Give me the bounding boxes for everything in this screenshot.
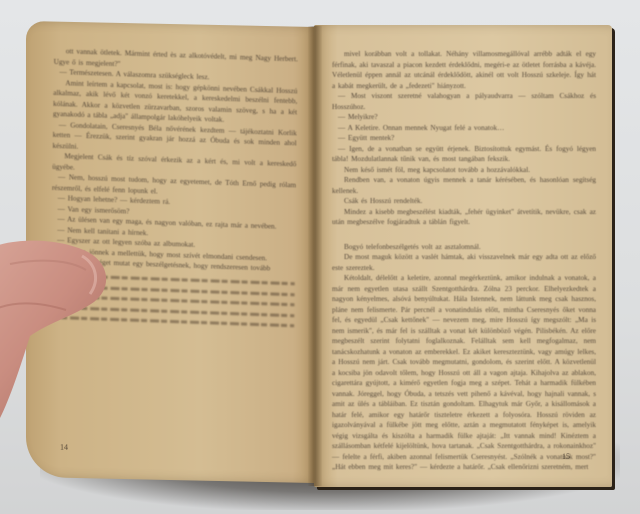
dialogue-line: — Melyikre?	[332, 112, 596, 123]
dialogue-line: — Igen, de a vonatban se együtt érjenek.…	[332, 144, 596, 165]
right-page-text: mivel korábban volt a tollakat. Néhány v…	[332, 49, 596, 473]
hand-thumb	[0, 218, 120, 418]
dialogue-line: — A Keletire. Onnan mennek Nyugat felé a…	[332, 123, 596, 134]
dialogue-line: Nem késő ismét föl, meg kapcsolatot tová…	[332, 165, 596, 176]
page-number-right: 15	[562, 452, 570, 461]
paragraph: De most maguk között a vaslét hámtak, ak…	[332, 252, 596, 273]
paragraph: Bogyó telefonbeszélgetés volt az asztalo…	[332, 242, 596, 253]
right-page[interactable]: mivel korábban volt a tollakat. Néhány v…	[314, 25, 612, 487]
section-break	[332, 228, 596, 242]
book-gutter	[308, 26, 322, 486]
open-book: ott vannak ötletek. Mármint érted ès az …	[0, 0, 640, 514]
dialogue-line: Rendben van, a vonaton úgyis mennek a ta…	[332, 175, 596, 196]
page-number-left: 14	[60, 443, 68, 452]
dialogue-line: Mindez a kisebb megbeszélést kiadták, „f…	[332, 207, 596, 228]
paragraph: Kétoldalt, délelőtt a keletire, azonnal …	[332, 273, 596, 473]
paragraph: mivel korábban volt a tollakat. Néhány v…	[332, 49, 596, 91]
dialogue-line: — Együtt mentek?	[332, 133, 596, 144]
paragraph: — Most viszont szeretné valahogyan a pál…	[332, 91, 596, 112]
dialogue-line: Csák és Hosszú rendelték.	[332, 196, 596, 207]
